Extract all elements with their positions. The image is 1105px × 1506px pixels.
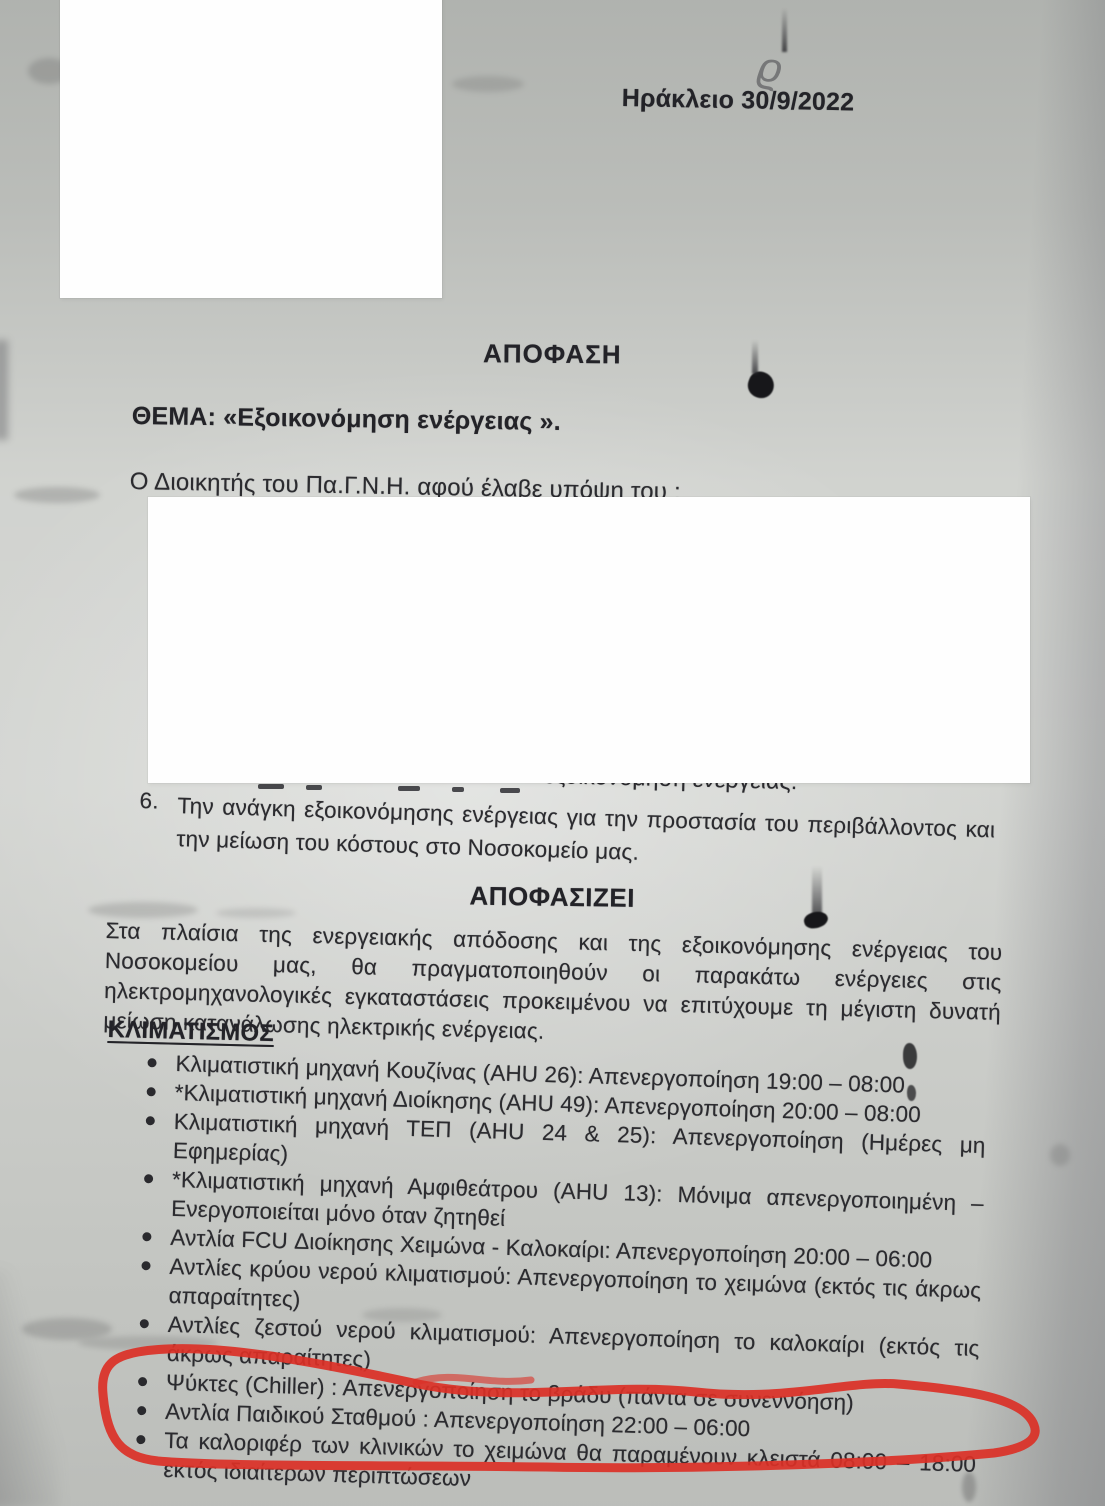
subject-line: ΘΕΜΑ: «Εξοικονόμηση ενέργειας ». (132, 402, 562, 437)
smudge-mark (452, 76, 524, 92)
smudge-mark (216, 908, 296, 918)
scanned-decision-document: ϱ Ηράκλειο 30/9/2022 ΑΠΟΦΑΣΗ ΘΕΜΑ: «Εξοι… (0, 0, 1105, 1506)
text-fragment-mark (452, 787, 464, 792)
ink-streak (752, 340, 758, 374)
text-fragment-mark (258, 784, 284, 789)
redaction-box-considerations (148, 497, 1030, 783)
text-fragment-mark (500, 788, 520, 793)
red-pen-circle (86, 1330, 1066, 1495)
redaction-box-top (60, 0, 442, 298)
smudge-mark (88, 902, 198, 918)
item-6-text: Την ανάγκη εξοικονόμησης ενέργειας για τ… (176, 789, 996, 879)
smudge-mark (1050, 1144, 1070, 1166)
handwritten-mark: ϱ (755, 43, 786, 94)
item-6-number: 6. (139, 788, 159, 815)
decision-title: ΑΠΟΦΑΣΗ (0, 334, 1105, 375)
left-edge-shadow (0, 340, 8, 440)
smudge-mark (14, 487, 100, 503)
text-fragment-mark (306, 785, 322, 790)
place-date: Ηράκλειο 30/9/2022 (621, 84, 854, 117)
section-heading: ΚΛΙΜΑΤΙΣΜΟΣ (107, 1016, 274, 1048)
ink-blot (744, 368, 777, 401)
text-fragment-mark (398, 786, 420, 791)
corner-shadow (0, 1270, 60, 1506)
